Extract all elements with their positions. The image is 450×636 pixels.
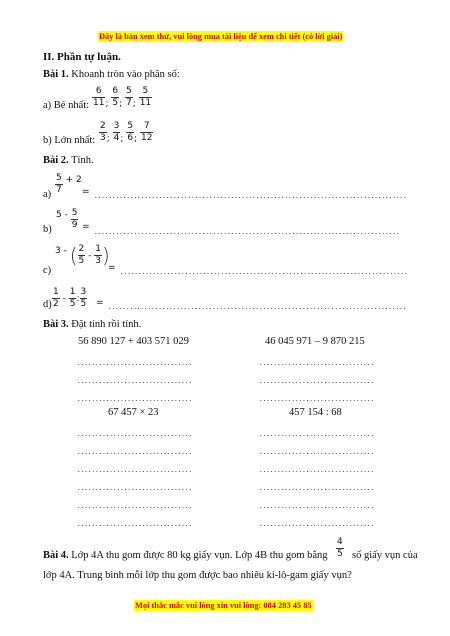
answer-line[interactable] [77,453,193,454]
bai1-heading: Bài 1. Khoanh tròn vào phân số: [43,69,180,80]
answer-line[interactable] [259,489,375,490]
bai1-prompt: Khoanh tròn vào phân số: [71,69,179,80]
answer-line[interactable] [259,400,375,401]
answer-line[interactable] [259,364,375,365]
problem-division: 457 154 : 68 [289,407,342,418]
answer-line[interactable] [120,273,407,274]
preview-banner: Đây là bản xem thử, vui lòng mua tài liệ… [98,31,343,42]
bai2-c-label: c) [43,265,51,276]
bai2-b-label: b) [43,224,52,235]
problem-addition: 56 890 127 + 403 571 029 [78,336,189,347]
section-title: II. Phần tự luận. [43,51,121,63]
answer-line[interactable] [77,435,193,436]
bai4-text2: số giấy vụn của [352,550,418,561]
bai4-text1: Lớp 4A thu gom được 80 kg giấy vụn. Lớp … [71,550,327,561]
fraction[interactable]: 57 [125,86,133,109]
bai1-b-label: b) Lớn nhất: [43,135,95,146]
bai4-label: Bài 4. [43,550,69,561]
bai2-a-expression: 57 + 2 [55,173,82,196]
bai3-prompt: Đặt tính rồi tính. [71,319,141,330]
answer-line[interactable] [77,471,193,472]
answer-line[interactable] [77,382,193,383]
answer-line[interactable] [108,308,406,309]
answer-line[interactable] [94,197,406,198]
bai2-d-expression: 12 - 15:35 [52,287,87,310]
contact-banner: Mọi thắc mắc vui lòng xin vui lòng: 084 … [134,600,313,611]
equals-sign: = [108,263,116,273]
bai4-text3: lớp 4A. Trung bình mỗi lớp thu gom được … [43,570,352,581]
fraction[interactable]: 611 [92,86,105,109]
fraction[interactable]: 511 [139,86,152,109]
fraction[interactable]: 56 [126,121,134,144]
equals-sign: = [82,187,90,197]
bai3-label: Bài 3. [43,319,69,330]
answer-line[interactable] [77,489,193,490]
bai2-heading: Bài 2. Tính. [43,155,94,166]
answer-line[interactable] [259,382,375,383]
bai3-heading: Bài 3. Đặt tính rồi tính. [43,319,141,330]
answer-line[interactable] [77,525,193,526]
bai2-c-expression: 3 - (25 - 13) [55,244,110,267]
bai2-a-label: a) [43,189,51,200]
answer-line[interactable] [77,507,193,508]
bai4-line1: Bài 4. Lớp 4A thu gom được 80 kg giấy vụ… [43,550,328,561]
bai2-label: Bài 2. [43,155,69,166]
bai4-fraction: 45 [336,537,344,560]
problem-subtraction: 46 045 971 – 9 870 215 [265,336,365,347]
equals-sign: = [96,298,104,308]
bai2-b-expression: 5 - 59 [56,208,78,231]
equals-sign: = [82,222,90,232]
answer-line[interactable] [259,507,375,508]
answer-line[interactable] [259,471,375,472]
bai1-label: Bài 1. [43,69,69,80]
bai2-d-label: d) [43,299,52,310]
fraction[interactable]: 23 [99,121,107,144]
problem-multiplication: 67 457 × 23 [108,407,159,418]
bai2-prompt: Tính. [71,155,93,166]
answer-line[interactable] [77,400,193,401]
fraction[interactable]: 65 [111,86,119,109]
answer-line[interactable] [77,364,193,365]
bai1-a-label: a) Bé nhất: [43,100,89,111]
fraction[interactable]: 712 [140,121,153,144]
answer-line[interactable] [94,233,400,234]
answer-line[interactable] [259,435,375,436]
answer-line[interactable] [259,525,375,526]
answer-line[interactable] [259,453,375,454]
